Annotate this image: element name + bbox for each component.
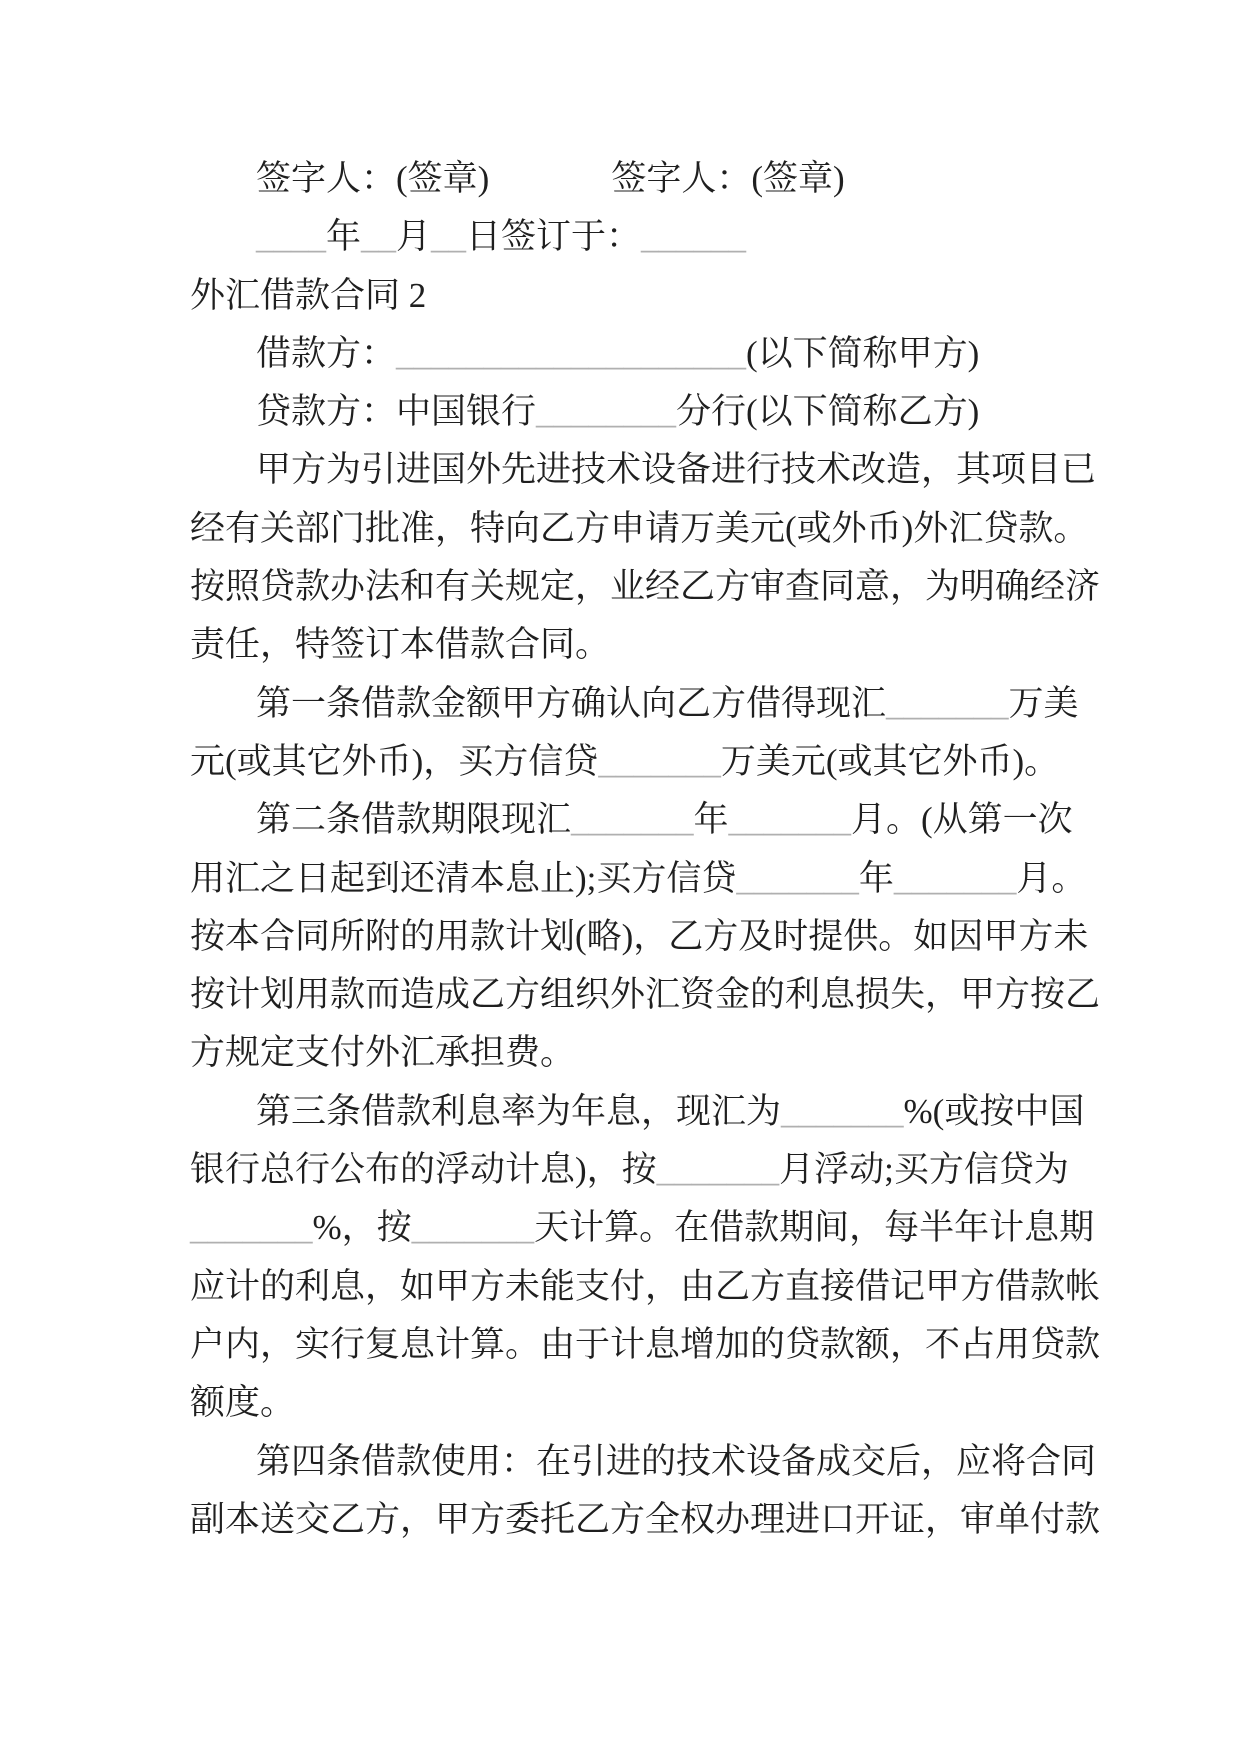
line-text: 日签订于： — [466, 217, 641, 256]
line-text: 分行(以下简称乙方) — [676, 392, 979, 431]
line-text: 借款方： — [256, 334, 396, 373]
article-4-line: 第四条借款使用：在引进的技术设备成交后，应将合同 — [190, 1433, 1074, 1491]
document-page: 签字人：(签章)签字人：(签章)____年__月__日签订于：______外汇借… — [190, 150, 1074, 1549]
text-line: _______%，按_______天计算。在借款期间，每半年计息期 — [190, 1199, 1074, 1257]
line-text: 天计算。在借款期间，每半年计息期 — [534, 1208, 1094, 1247]
blank-field: __ — [361, 217, 396, 256]
text-line: 经有关部门批准，特向乙方申请万美元(或外币)外汇贷款。 — [190, 500, 1074, 558]
line-text: 银行总行公布的浮动计息)，按 — [190, 1150, 657, 1189]
date-line: ____年__月__日签订于：______ — [190, 208, 1074, 266]
blank-field: _______ — [571, 800, 694, 839]
text-line: 元(或其它外币)，买方信贷_______万美元(或其它外币)。 — [190, 733, 1074, 791]
line-text: 元(或其它外币)，买方信贷 — [190, 742, 598, 781]
line-text: 月。(从第一次 — [851, 800, 1073, 839]
line-text: 年 — [859, 859, 894, 898]
article-2-line: 第二条借款期限现汇_______年_______月。(从第一次 — [190, 791, 1074, 849]
column-gap — [489, 189, 611, 190]
line-text: 签字人：(签章) — [611, 159, 844, 198]
line-text: %，按 — [313, 1208, 412, 1247]
text-line: 按计划用款而造成乙方组织外汇资金的利息损失，甲方按乙 — [190, 966, 1074, 1024]
line-text: 外汇借款合同 2 — [190, 276, 426, 315]
blank-field: _______ — [736, 859, 859, 898]
text-line: 副本送交乙方，甲方委托乙方全权办理进口开证，审单付款 — [190, 1491, 1074, 1549]
line-text: 年 — [694, 800, 729, 839]
blank-field: _______ — [412, 1208, 535, 1247]
article-1-line: 第一条借款金额甲方确认向乙方借得现汇_______万美 — [190, 675, 1074, 733]
blank-field: ____________________ — [396, 334, 746, 373]
blank-field: _______ — [894, 859, 1017, 898]
line-text: %(或按中国 — [904, 1092, 1085, 1131]
line-text: 贷款方：中国银行 — [256, 392, 536, 431]
blank-field: _______ — [598, 742, 721, 781]
line-text: 第一条借款金额甲方确认向乙方借得现汇 — [256, 684, 886, 723]
document-title: 外汇借款合同 2 — [190, 267, 1074, 325]
line-text: 按计划用款而造成乙方组织外汇资金的利息损失，甲方按乙 — [190, 975, 1100, 1014]
text-line: 用汇之日起到还清本息止);买方信贷_______年_______月。 — [190, 850, 1074, 908]
line-text: 额度。 — [190, 1383, 295, 1422]
text-line: 方规定支付外汇承担费。 — [190, 1024, 1074, 1082]
line-text: 年 — [326, 217, 361, 256]
line-text: 责任，特签订本借款合同。 — [190, 625, 610, 664]
blank-field: ________ — [536, 392, 676, 431]
line-text: 万美元(或其它外币)。 — [721, 742, 1059, 781]
blank-field: _______ — [657, 1150, 780, 1189]
blank-field: __ — [431, 217, 466, 256]
blank-field: ____ — [256, 217, 326, 256]
blank-field: _______ — [886, 684, 1009, 723]
article-3-line: 第三条借款利息率为年息，现汇为_______%(或按中国 — [190, 1083, 1074, 1141]
text-line: 责任，特签订本借款合同。 — [190, 616, 1074, 674]
blank-field: _______ — [781, 1092, 904, 1131]
line-text: 副本送交乙方，甲方委托乙方全权办理进口开证，审单付款 — [190, 1500, 1100, 1539]
text-line: 银行总行公布的浮动计息)，按_______月浮动;买方信贷为 — [190, 1141, 1074, 1199]
text-line: 应计的利息，如甲方未能支付，由乙方直接借记甲方借款帐 — [190, 1258, 1074, 1316]
line-text: 万美 — [1009, 684, 1079, 723]
line-text: (以下简称甲方) — [746, 334, 979, 373]
borrower-line: 借款方：____________________(以下简称甲方) — [190, 325, 1074, 383]
blank-field: _______ — [190, 1208, 313, 1247]
text-line: 按照贷款办法和有关规定，业经乙方审查同意，为明确经济 — [190, 558, 1074, 616]
blank-field: ______ — [641, 217, 746, 256]
text-line: 额度。 — [190, 1374, 1074, 1432]
blank-field: _______ — [729, 800, 852, 839]
line-text: 应计的利息，如甲方未能支付，由乙方直接借记甲方借款帐 — [190, 1267, 1100, 1306]
text-line: 户内，实行复息计算。由于计息增加的贷款额，不占用贷款 — [190, 1316, 1074, 1374]
line-text: 按本合同所附的用款计划(略)，乙方及时提供。如因甲方未 — [190, 917, 1088, 956]
line-text: 经有关部门批准，特向乙方申请万美元(或外币)外汇贷款。 — [190, 509, 1088, 548]
line-text: 按照贷款办法和有关规定，业经乙方审查同意，为明确经济 — [190, 567, 1100, 606]
line-text: 月。 — [1016, 859, 1086, 898]
text-line: 甲方为引进国外先进技术设备进行技术改造，其项目已 — [190, 441, 1074, 499]
line-text: 第四条借款使用：在引进的技术设备成交后，应将合同 — [256, 1442, 1096, 1481]
line-text: 户内，实行复息计算。由于计息增加的贷款额，不占用贷款 — [190, 1325, 1100, 1364]
line-text: 第三条借款利息率为年息，现汇为 — [256, 1092, 781, 1131]
line-text: 签字人：(签章) — [256, 159, 489, 198]
line-text: 用汇之日起到还清本息止);买方信贷 — [190, 859, 736, 898]
line-text: 月 — [396, 217, 431, 256]
lender-line: 贷款方：中国银行________分行(以下简称乙方) — [190, 383, 1074, 441]
text-line: 按本合同所附的用款计划(略)，乙方及时提供。如因甲方未 — [190, 908, 1074, 966]
signature-line: 签字人：(签章)签字人：(签章) — [190, 150, 1074, 208]
line-text: 第二条借款期限现汇 — [256, 800, 571, 839]
line-text: 月浮动;买方信贷为 — [779, 1150, 1069, 1189]
line-text: 甲方为引进国外先进技术设备进行技术改造，其项目已 — [256, 450, 1096, 489]
line-text: 方规定支付外汇承担费。 — [190, 1033, 575, 1072]
